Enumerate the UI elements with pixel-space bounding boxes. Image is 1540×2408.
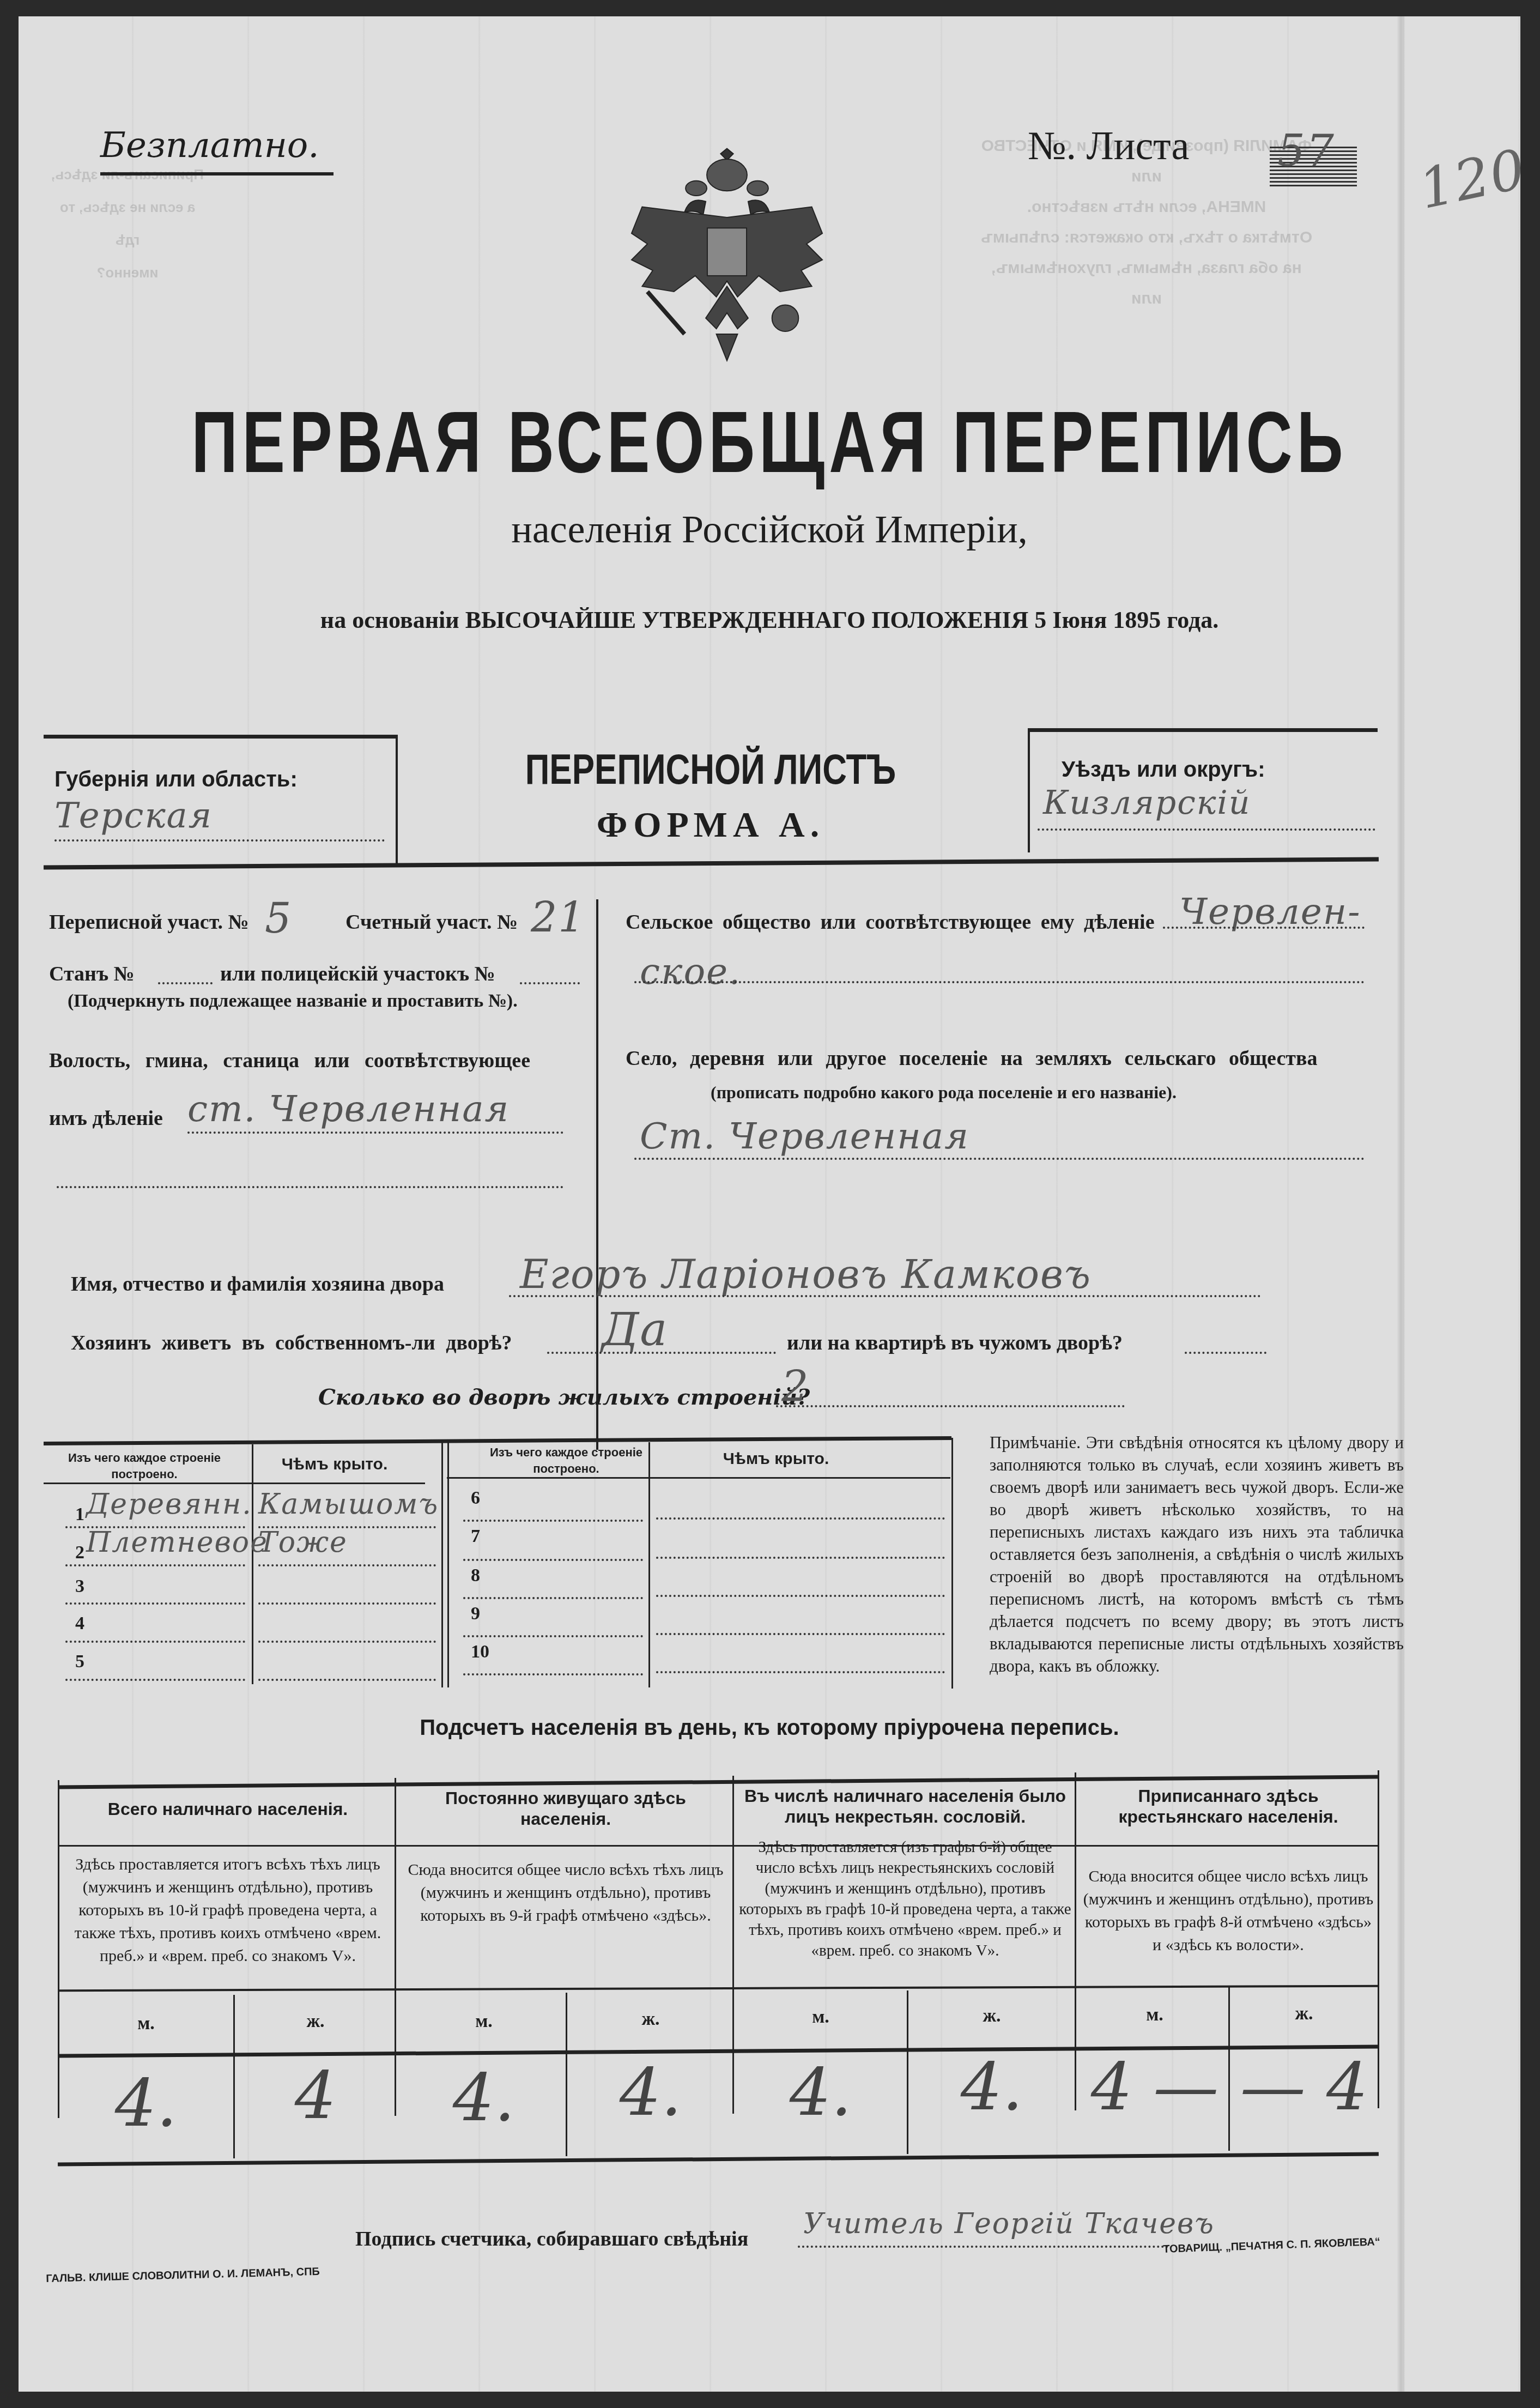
volost-value[interactable]: ст. Червленная [187, 1088, 510, 1130]
male-count[interactable]: 4 — [1081, 2049, 1228, 2125]
summary-description: Здѣсь проставляется итогъ всѣхъ тѣхъ лиц… [64, 1853, 391, 1968]
row-number: 10 [471, 1642, 489, 1662]
document-title: ПЕРВАЯ ВСЕОБЩАЯ ПЕРЕПИСЬ [19, 392, 1520, 493]
mz-divider [1228, 1987, 1230, 2151]
row-dotted-line [65, 1641, 245, 1643]
own-yard-label: Хозяинъ живетъ въ собственномъ-ли дворѣ? [71, 1331, 512, 1355]
mz-divider [907, 1990, 908, 2154]
female-count[interactable]: — 4 [1232, 2049, 1377, 2125]
row-roof[interactable]: Тоже [258, 1526, 348, 1559]
mz-divider [233, 1995, 235, 2158]
col-header-material-2: Изъ чего каждое строеніе построено. [476, 1444, 656, 1477]
summary-border-right [1378, 1770, 1379, 2108]
double-divider [441, 1442, 449, 1687]
header-rule [44, 1483, 425, 1484]
note-text: Примѣчаніе. Эти свѣдѣнія относятся къ цѣ… [990, 1431, 1404, 1677]
imperial-eagle-icon [610, 137, 844, 372]
document-subtitle: населенія Россійской Имперіи, [19, 507, 1520, 552]
box-top-line [1028, 728, 1378, 732]
society-dotted-line [1163, 927, 1365, 929]
female-count[interactable]: 4 [237, 2058, 395, 2134]
row-dotted-line [65, 1679, 245, 1681]
census-area-value[interactable]: 5 [265, 894, 292, 942]
signature-value[interactable]: Учитель Георгій Ткачевъ [803, 2207, 1215, 2240]
summary-bottom-line [58, 2152, 1379, 2166]
summary-desc-rule [58, 1985, 1379, 1992]
buildings-dotted-line [776, 1405, 1125, 1407]
row-dotted-line [258, 1602, 436, 1605]
count-area-value[interactable]: 21 [531, 893, 586, 941]
row-dotted-line [258, 1564, 436, 1566]
row-number: 7 [471, 1526, 480, 1547]
row-dotted-line [656, 1517, 945, 1520]
form-subtitle: ФОРМА А. [411, 804, 1010, 846]
row-number: 2 [75, 1542, 84, 1563]
box-divider [1028, 728, 1030, 852]
female-count[interactable]: 4. [910, 2049, 1074, 2125]
free-label: Безплатно. [100, 125, 319, 166]
row-dotted-line [463, 1673, 643, 1675]
stan-label: Станъ № [49, 962, 135, 986]
sheet-number-label: №. Листа [1028, 123, 1189, 170]
summary-description: Сюда вносится общее число всѣхъ лицъ (му… [1081, 1865, 1375, 1957]
owner-name-label: Имя, отчество и фамилія хозяина двора [71, 1272, 444, 1296]
summary-col-divider [395, 1778, 396, 2116]
box-bottom-line [44, 857, 1379, 870]
buildings-count-label: Сколько во дворѣ жилыхъ строеній? [318, 1384, 810, 1410]
district-dotted-line [1038, 828, 1375, 831]
male-count[interactable]: 4. [64, 2066, 228, 2141]
female-label: ж. [569, 2009, 732, 2030]
col-divider [252, 1444, 253, 1684]
signature-label: Подпись счетчика, собиравшаго свѣдѣнія [355, 2227, 748, 2251]
buildings-count-value[interactable]: 2 [781, 1363, 810, 1412]
summary-heading: Въ числѣ наличнаго населенія было лицъ н… [739, 1786, 1071, 1827]
village-value[interactable]: Ст. Червленная [640, 1115, 969, 1157]
female-label: ж. [910, 2006, 1074, 2026]
row-number: 8 [471, 1565, 480, 1586]
row-dotted-line [463, 1597, 643, 1599]
sheet-number-value: 57 [1277, 125, 1335, 176]
society-label: Сельское общество или соотвѣтствующее ем… [626, 910, 1155, 934]
col-divider [951, 1438, 953, 1689]
police-dotted-line [520, 982, 580, 984]
bleed-through-text: Приписанъ-ли здѣсь,а если не здѣсь, то г… [51, 158, 204, 289]
female-count[interactable]: 4. [569, 2055, 732, 2131]
female-label: ж. [1232, 2004, 1377, 2024]
village-note: (прописать подробно какого рода поселені… [711, 1082, 1177, 1103]
row-dotted-line [463, 1635, 643, 1637]
box-divider [396, 735, 398, 864]
volost-dotted-line [187, 1132, 563, 1134]
society-dotted-line-2 [634, 981, 1365, 983]
stan-dotted-line [158, 982, 213, 984]
archive-page-number: 120 [1414, 137, 1532, 221]
male-label: м. [402, 2011, 566, 2032]
mz-divider [566, 1993, 567, 2156]
legal-basis: на основаніи ВЫСОЧАЙШЕ УТВЕРЖДЕННАГО ПОЛ… [19, 606, 1520, 634]
male-label: м. [1081, 2005, 1228, 2025]
summary-heading: Постоянно живущаго здѣсь населенія. [402, 1788, 729, 1829]
summary-col-divider [732, 1776, 734, 2114]
row-number: 5 [75, 1651, 84, 1672]
province-label: Губернія или область: [54, 767, 298, 792]
row-material[interactable]: Плетневое [86, 1526, 268, 1559]
summary-description: Здѣсь проставляется (изъ графы 6-й) обще… [739, 1837, 1071, 1961]
row-dotted-line [65, 1602, 245, 1605]
female-label: ж. [237, 2011, 395, 2032]
row-dotted-line [258, 1679, 436, 1681]
district-value[interactable]: Кизлярскій [1043, 784, 1251, 822]
volost-label-2: имъ дѣленіе [49, 1106, 163, 1130]
row-dotted-line [656, 1671, 945, 1673]
summary-heading-rule [58, 1845, 1379, 1847]
summary-col-divider [1075, 1772, 1076, 2110]
form-title: ПЕРЕПИСНОЙ ЛИСТЪ [411, 746, 1010, 794]
summary-heading: Всего наличнаго населенія. [64, 1799, 391, 1819]
col-header-material: Изъ чего каждое строеніе построено. [54, 1450, 234, 1483]
volost-dotted-line-2 [57, 1186, 563, 1188]
row-roof[interactable]: Камышомъ [258, 1488, 439, 1521]
count-area-label: Счетный участ. № [345, 910, 518, 934]
col-divider [648, 1442, 650, 1687]
owner-dotted-line [509, 1295, 1261, 1297]
row-number: 4 [75, 1613, 84, 1634]
row-number: 3 [75, 1576, 84, 1597]
male-count[interactable]: 4. [739, 2055, 902, 2131]
column-divider [596, 899, 598, 1450]
row-number: 1 [75, 1504, 84, 1525]
census-form-paper: ФАМИЛІЯ (прозвище), ИМЯ и ОТЧЕСТВО илиИМ… [19, 16, 1520, 2392]
census-area-label: Переписной участ. № [49, 910, 249, 934]
box-top-line [44, 735, 396, 739]
stan-note: (Подчеркнуть подлежащее названіе и прост… [68, 991, 518, 1012]
row-dotted-line [656, 1595, 945, 1597]
signature-dotted-line [798, 2246, 1168, 2248]
male-label: м. [64, 2013, 228, 2034]
own-yard-value[interactable]: Да [602, 1303, 668, 1356]
row-dotted-line [258, 1641, 436, 1643]
row-dotted-line [656, 1633, 945, 1635]
owner-name-value[interactable]: Егоръ Ларіоновъ Камковъ [520, 1251, 1092, 1297]
col-header-roof-2: Чѣмъ крыто. [672, 1450, 880, 1468]
village-dotted-line [634, 1158, 1365, 1160]
printer-left: ГАЛЬВ. КЛИШЕ СЛОВОЛИТНИ О. И. ЛЕМАНЪ, СП… [46, 2266, 320, 2285]
police-label: или полицейскій участокъ № [220, 962, 495, 986]
header-rule [447, 1477, 950, 1479]
free-underline [100, 172, 334, 176]
summary-border-left [58, 1780, 59, 2118]
province-value[interactable]: Терская [54, 796, 213, 836]
male-label: м. [739, 2007, 902, 2028]
male-count[interactable]: 4. [402, 2060, 566, 2136]
village-label: Село, деревня или другое поселеніе на зе… [626, 1046, 1317, 1070]
rented-label: или на квартирѣ въ чужомъ дворѣ? [787, 1331, 1123, 1355]
row-number: 6 [471, 1488, 480, 1509]
summary-title: Подсчетъ населенія въ день, къ которому … [19, 1716, 1520, 1740]
summary-description: Сюда вносится общее число всѣхъ тѣхъ лиц… [402, 1859, 729, 1927]
district-label: Уѣздъ или округъ: [1062, 758, 1265, 782]
row-number: 9 [471, 1604, 480, 1624]
summary-heading: Приписаннаго здѣсь крестьянскаго населен… [1081, 1786, 1375, 1827]
row-dotted-line [656, 1557, 945, 1559]
own-yard-dotted-line [547, 1352, 776, 1354]
row-dotted-line [463, 1559, 643, 1561]
volost-label: Волость, гмина, станица или соотвѣтствую… [49, 1049, 530, 1073]
row-material[interactable]: Деревянн. [86, 1488, 252, 1521]
fold-line [1397, 16, 1405, 2392]
row-dotted-line [463, 1520, 643, 1522]
row-dotted-line [65, 1564, 245, 1566]
society-value-2[interactable]: ское. [640, 951, 741, 993]
province-dotted-line [54, 839, 385, 842]
rented-dotted-line [1185, 1352, 1266, 1354]
col-header-roof: Чѣмъ крыто. [247, 1455, 422, 1474]
